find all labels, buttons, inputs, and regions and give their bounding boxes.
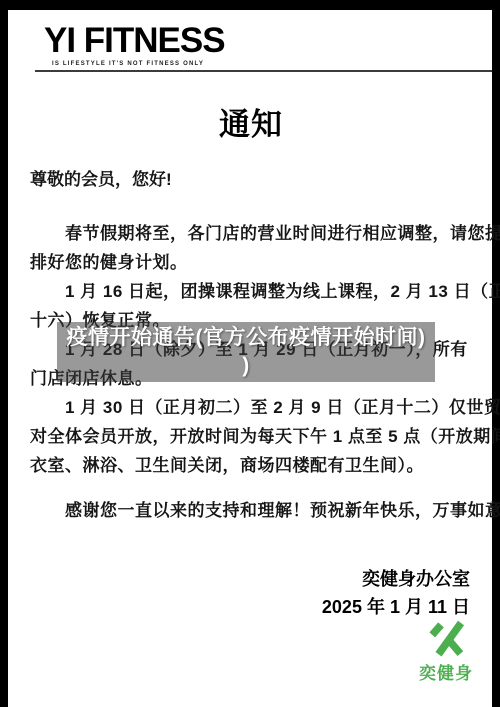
frame-right-bar [492,0,500,707]
yi-fitness-mark-icon [425,618,467,658]
notice-paragraph: 春节假期将至，各门店的营业时间进行相应调整，请您提前安排好您的健身计划。 [30,219,472,277]
notice-paragraph-line: 排好您的健身计划。 [30,248,472,277]
watermark-title-line1: 疫情开始通告(官方公布疫情开始时间) [67,324,426,352]
watermark-overlay: 疫情开始通告(官方公布疫情开始时间) ) [57,322,435,382]
notice-paragraph-line: 感谢您一直以来的支持和理解！预祝新年快乐，万事如意！ [30,496,472,525]
notice-paragraph-line: 1 月 16 日起，团操课程调整为线上课程，2 月 13 日（正月 [30,277,472,306]
notice-paragraph-line: 衣室、淋浴、卫生间关闭，商场四楼配有卫生间）。 [30,451,472,480]
footer-logo-name: 奕健身 [414,659,478,684]
notice-paragraph-line: 1 月 30 日（正月初二）至 2 月 9 日（正月十二）仅世贸店 [30,393,472,422]
footer-logo: 奕健身 [414,618,478,684]
watermark-title-line2: ) [242,352,250,380]
notice-title: 通知 [30,107,472,143]
brand-tagline: IS LIFESTYLE IT'S NOT FITNESS ONLY [52,61,472,67]
header-divider [35,70,492,72]
notice-content: YI FITNESS IS LIFESTYLE IT'S NOT FITNESS… [30,10,472,621]
notice-paragraph-line: 对全体会员开放，开放时间为每天下午 1 点至 5 点（开放期间更 [30,422,472,451]
notice-paragraph-line: 春节假期将至，各门店的营业时间进行相应调整，请您提前安 [30,219,472,248]
signature-office: 奕健身办公室 [30,565,472,593]
notice-paragraph: 1 月 30 日（正月初二）至 2 月 9 日（正月十二）仅世贸店对全体会员开放… [30,393,472,480]
notice-paragraph: 感谢您一直以来的支持和理解！预祝新年快乐，万事如意！ [30,496,472,525]
frame-top-bar [0,0,500,10]
notice-page: YI FITNESS IS LIFESTYLE IT'S NOT FITNESS… [0,0,500,707]
frame-left-bar [0,0,8,707]
brand-header: YI FITNESS IS LIFESTYLE IT'S NOT FITNESS… [44,22,472,67]
notice-date: 2025 年 1 月 11 日 [30,593,472,621]
brand-logo-text: YI FITNESS [44,22,472,60]
notice-greeting: 尊敬的会员，您好! [30,165,472,194]
